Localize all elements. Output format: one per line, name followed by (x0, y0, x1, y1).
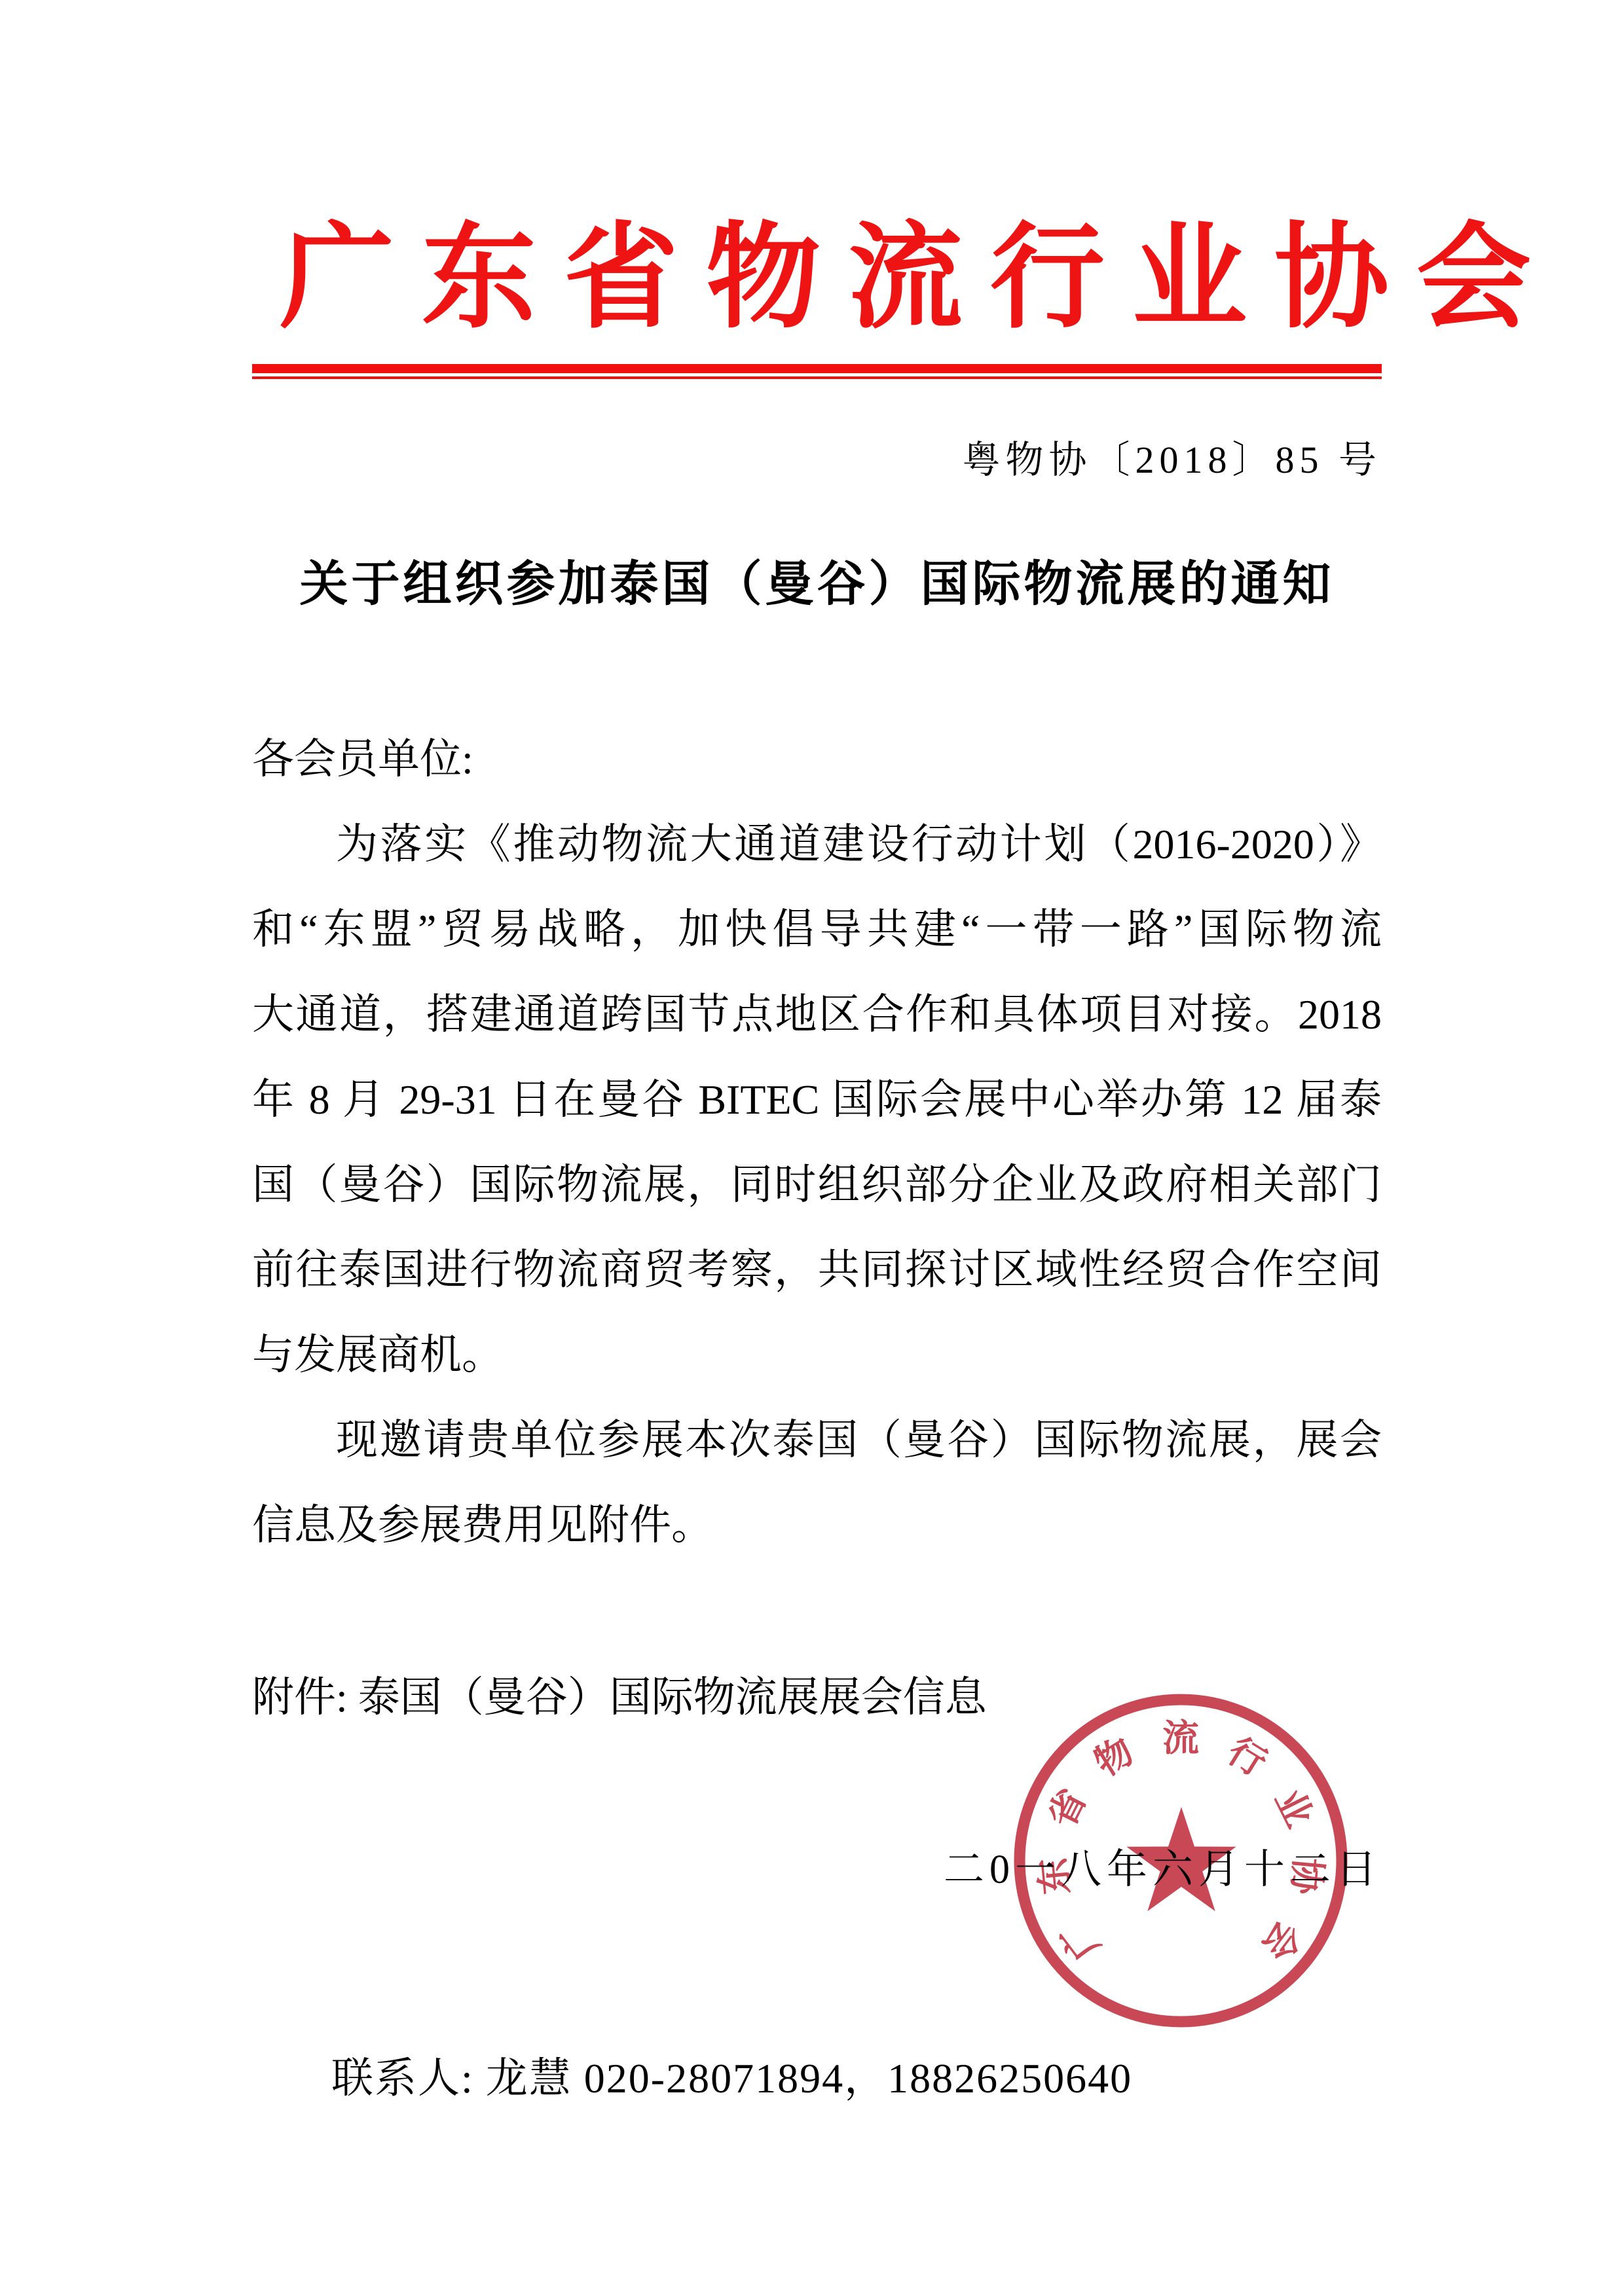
official-document-page: 广东省物流行业协会 粤物协〔2018〕85 号 关于组织参加泰国（曼谷）国际物流… (0, 0, 1624, 2296)
seal-arc-char: 业 (1267, 1783, 1319, 1834)
body-line: 年 8 月 29-31 日在曼谷 BITEC 国际会展中心举办第 12 届泰 (252, 1057, 1382, 1142)
attachment-line: 附件: 泰国（曼谷）国际物流展展会信息 (252, 1655, 1382, 1740)
document-number: 粤物协〔2018〕85 号 (252, 418, 1382, 503)
seal-arc-char: 广 (1053, 1913, 1107, 1967)
document-title: 关于组织参加泰国（曼谷）国际物流展的通知 (252, 542, 1382, 627)
contact-line: 联系人: 龙慧 020-28071894，18826250640 (252, 2036, 1461, 2121)
body-line: 为落实《推动物流大通道建设行动计划（2016-2020）》 (252, 802, 1382, 887)
document-body: 各会员单位: 为落实《推动物流大通道建设行动计划（2016-2020）》 和“东… (252, 717, 1382, 1568)
body-line: 与发展商机。 (252, 1313, 1382, 1398)
body-line: 大通道，搭建通道跨国节点地区合作和具体项目对接。2018 (252, 972, 1382, 1057)
rule-thick-bar (252, 364, 1382, 373)
letterhead-double-rule (252, 364, 1382, 380)
seal-arc-char: 会 (1254, 1913, 1308, 1967)
body-line: 国（曼谷）国际物流展，同时组织部分企业及政府相关部门 (252, 1142, 1382, 1228)
rule-thin-bar (252, 376, 1382, 379)
body-line: 和“东盟”贸易战略，加快倡导共建“一带一路”国际物流 (252, 887, 1382, 972)
body-line: 信息及参展费用见附件。 (252, 1483, 1382, 1568)
seal-arc-char: 省 (1042, 1783, 1094, 1834)
salutation-line: 各会员单位: (252, 717, 1382, 802)
signature-date: 二0一八年六月十二日 (252, 1827, 1382, 1912)
letterhead-org-title: 广东省物流行业协会 (252, 203, 1382, 354)
body-line: 前往泰国进行物流商贸考察，共同探讨区域性经贸合作空间 (252, 1228, 1382, 1313)
body-line: 现邀请贵单位参展本次泰国（曼谷）国际物流展，展会 (252, 1398, 1382, 1483)
